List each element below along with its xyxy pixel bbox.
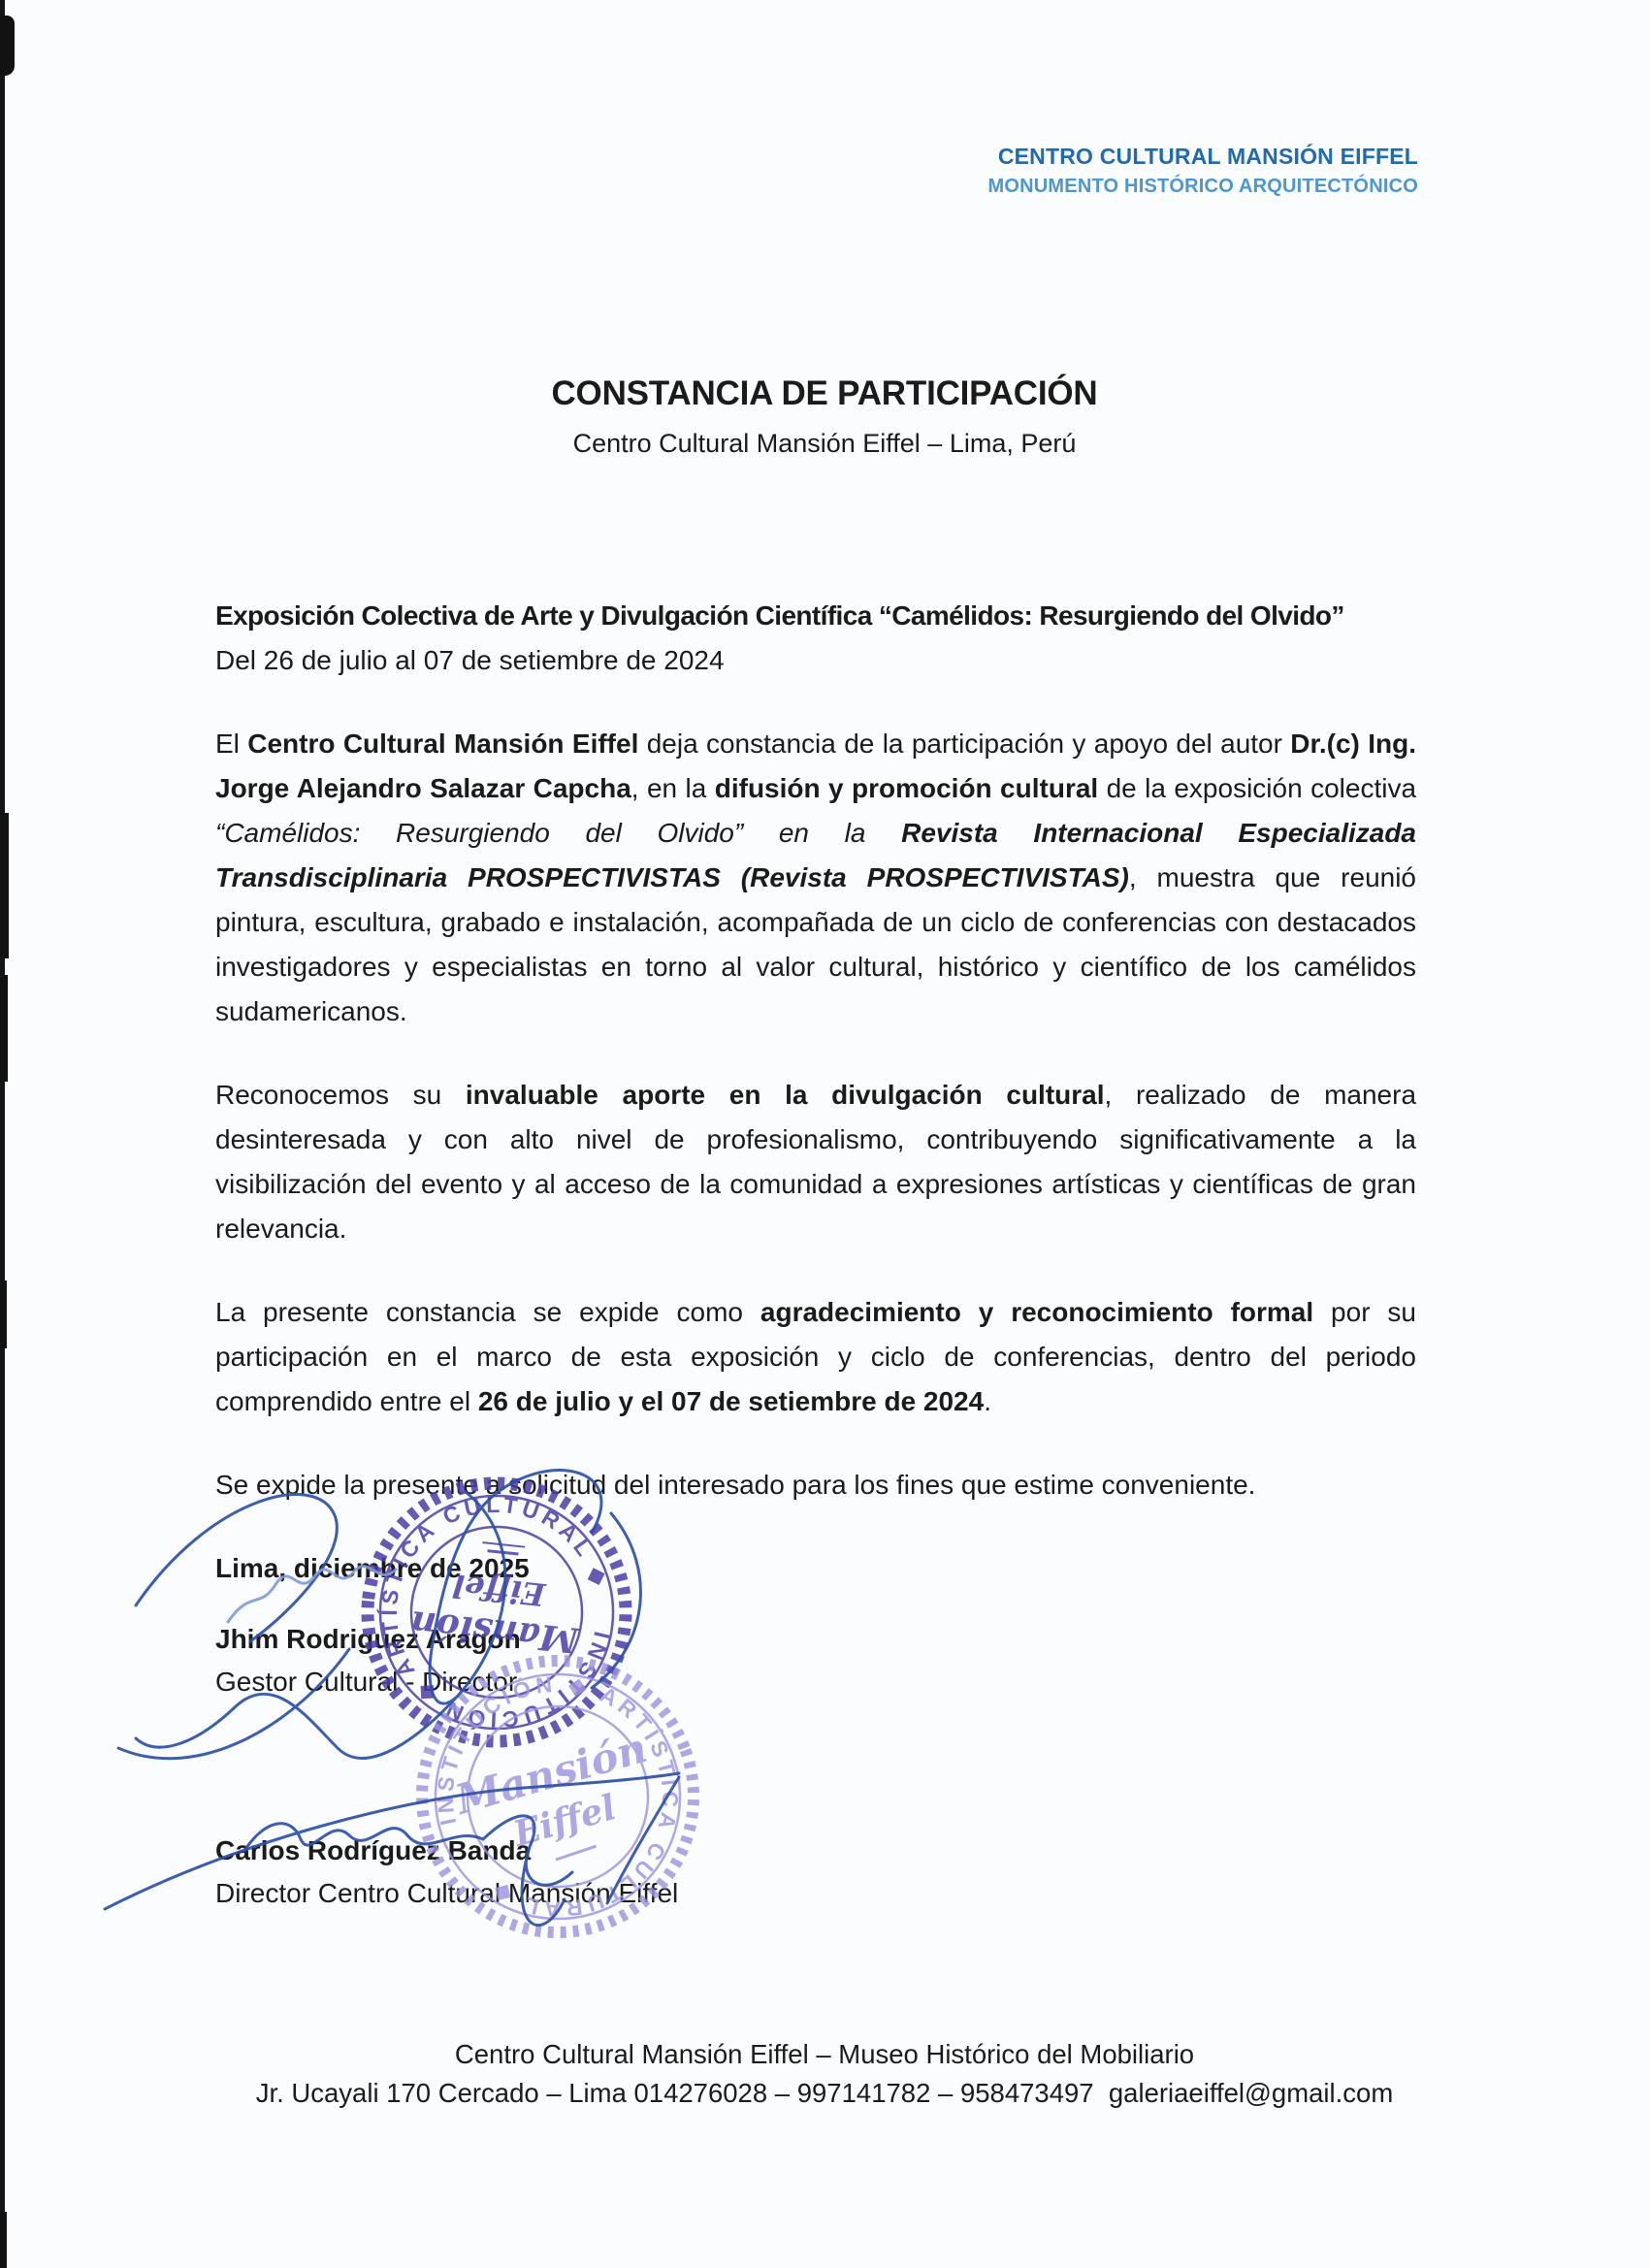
- date-line: Lima, diciembre de 2025: [215, 1546, 1416, 1591]
- page-subtitle: Centro Cultural Mansión Eiffel – Lima, P…: [0, 429, 1649, 459]
- scanned-certificate-page: CENTRO CULTURAL MANSIÓN EIFFEL MONUMENTO…: [0, 0, 1649, 2268]
- footer-line-1: Centro Cultural Mansión Eiffel – Museo H…: [0, 2035, 1649, 2074]
- letterhead-tagline: MONUMENTO HISTÓRICO ARQUITECTÓNICO: [988, 172, 1418, 202]
- paragraph-3: La presente constancia se expide como ag…: [215, 1290, 1416, 1424]
- scan-edge-artifact: [0, 0, 5, 2268]
- paragraph-2: Reconocemos su invaluable aporte en la d…: [215, 1073, 1416, 1251]
- stamp-center-line1: Mansión: [448, 1724, 652, 1824]
- footer-line-2: Jr. Ucayali 170 Cercado – Lima 014276028…: [0, 2074, 1649, 2113]
- page-title: CONSTANCIA DE PARTICIPACIÓN: [0, 374, 1649, 413]
- paragraph-4: Se expide la presente a solicitud del in…: [215, 1463, 1416, 1507]
- scan-artifact: [0, 975, 8, 1082]
- document-body: Exposición Colectiva de Arte y Divulgaci…: [215, 594, 1416, 1591]
- signature-name: Jhim Rodriguez Aragon: [215, 1618, 521, 1661]
- event-dates: Del 26 de julio al 07 de setiembre de 20…: [215, 638, 1416, 683]
- signature-block-1: Jhim Rodriguez Aragon Gestor Cultural - …: [215, 1618, 521, 1703]
- title-block: CONSTANCIA DE PARTICIPACIÓN Centro Cultu…: [0, 374, 1649, 459]
- signature-name: Carlos Rodríguez Banda: [215, 1830, 678, 1872]
- scan-artifact: [0, 16, 15, 76]
- scan-artifact: [0, 1280, 7, 1348]
- signature-role: Director Centro Cultural Mansión Eiffel: [215, 1872, 678, 1915]
- signature-block-2: Carlos Rodríguez Banda Director Centro C…: [215, 1830, 678, 1915]
- footer: Centro Cultural Mansión Eiffel – Museo H…: [0, 2035, 1649, 2113]
- scan-artifact: [0, 813, 9, 958]
- letterhead-org-name: CENTRO CULTURAL MANSIÓN EIFFEL: [988, 142, 1418, 172]
- letterhead: CENTRO CULTURAL MANSIÓN EIFFEL MONUMENTO…: [988, 142, 1418, 202]
- scan-artifact: [0, 2212, 7, 2268]
- event-title: Exposición Colectiva de Arte y Divulgaci…: [215, 594, 1416, 638]
- paragraph-1: El Centro Cultural Mansión Eiffel deja c…: [215, 722, 1416, 1034]
- signature-role: Gestor Cultural - Director: [215, 1661, 521, 1703]
